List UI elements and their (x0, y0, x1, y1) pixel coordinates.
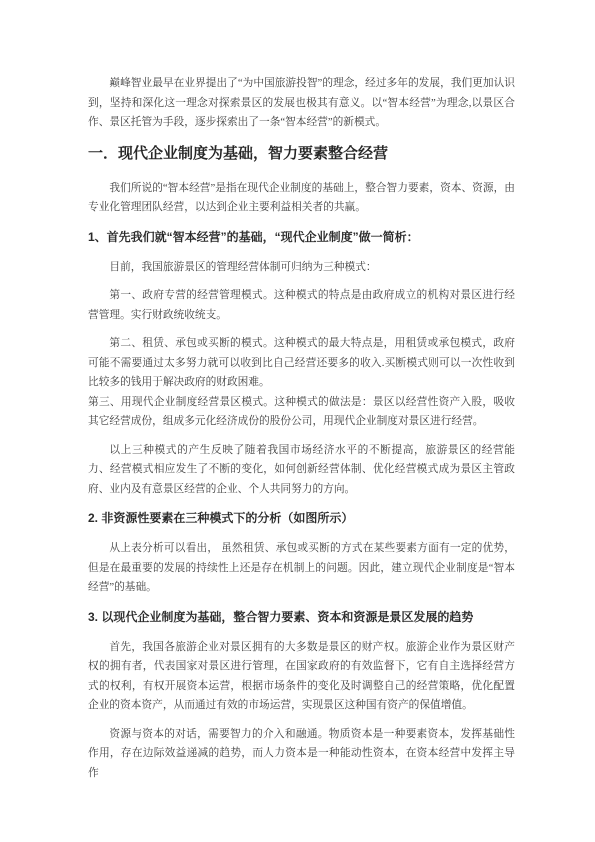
document-content: 巅峰智业最早在业界提出了“为中国旅游投智”的理念，经过多年的发展，我们更加认识到… (88, 74, 515, 792)
section-heading: 3. 以现代企业制度为基础，整合智力要素、资本和资源是景区发展的趋势 (88, 607, 515, 627)
paragraph: 我们所说的“智本经营”是指在现代企业制度的基础上，整合智力要素，资本、资源，由专… (88, 179, 515, 218)
paragraph: 第三、用现代企业制度经营景区模式。这种模式的做法是：景区以经营性资产入股，吸收其… (88, 393, 515, 432)
section-heading: 1、首先我们就“智本经营”的基础，“现代企业制度”做一简析： (88, 227, 515, 247)
paragraph: 资源与资本的对话，需要智力的介入和融通。物质资本是一种要素资本，发挥基础性作用，… (88, 725, 515, 784)
paragraph: 巅峰智业最早在业界提出了“为中国旅游投智”的理念，经过多年的发展，我们更加认识到… (88, 74, 515, 133)
paragraph: 第一、政府专营的经营管理模式。这种模式的特点是由政府成立的机构对景区进行经营管理… (88, 286, 515, 325)
section-heading: 2. 非资源性要素在三种模式下的分析（如图所示） (88, 508, 515, 528)
paragraph: 以上三种模式的产生反映了随着我国市场经济水平的不断提高，旅游景区的经营能力、经营… (88, 441, 515, 500)
paragraph: 首先，我国各旅游企业对景区拥有的大多数是景区的财产权。旅游企业作为景区财产权的拥… (88, 638, 515, 716)
paragraph: 第二、租赁、承包或买断的模式。这种模式的最大特点是，用租赁或承包模式，政府可能不… (88, 334, 515, 393)
document-title-heading: 一．现代企业制度为基础，智力要素整合经营 (88, 142, 515, 166)
paragraph: 目前，我国旅游景区的管理经营体制可归纳为三种模式： (88, 258, 515, 278)
document-page: 巅峰智业最早在业界提出了“为中国旅游投智”的理念，经过多年的发展，我们更加认识到… (0, 0, 595, 842)
paragraph: 从上表分析可以看出， 虽然租赁、承包或买断的方式在某些要素方面有一定的优势，但是… (88, 539, 515, 598)
